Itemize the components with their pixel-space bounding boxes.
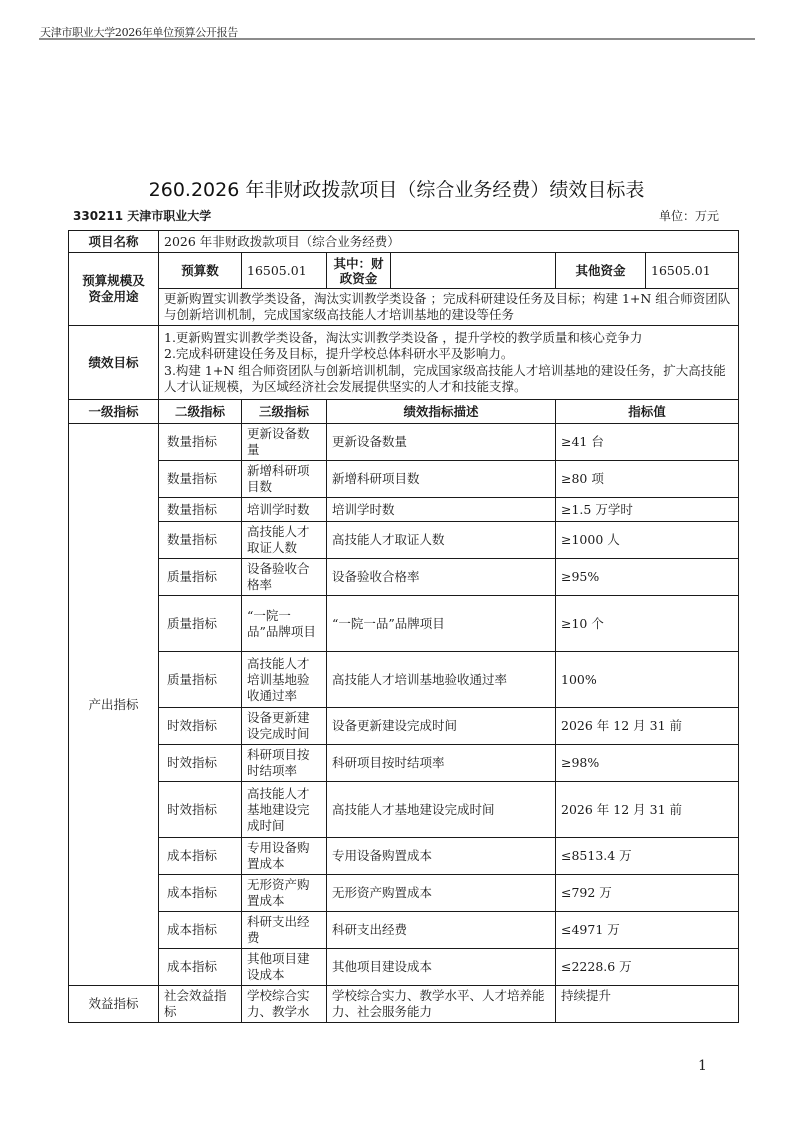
organization-code-name: 330211 天津市职业大学 [73, 207, 211, 224]
level2-cell: 成本指标 [159, 912, 242, 949]
value-cell: ≤8513.4 万 [556, 838, 739, 875]
level2-cell: 成本指标 [159, 875, 242, 912]
description-cell: 科研支出经费 [327, 912, 556, 949]
description-cell: 高技能人才培训基地验收通过率 [327, 652, 556, 708]
other-funds-label: 其他资金 [556, 253, 646, 289]
table-row: 时效指标 设备更新建设完成时间 设备更新建设完成时间 2026 年 12 月 3… [69, 708, 739, 745]
performance-goals-label: 绩效目标 [69, 326, 159, 400]
table-row: 质量指标 设备验收合格率 设备验收合格率 ≥95% [69, 559, 739, 596]
budget-scale-label: 预算规模及资金用途 [69, 253, 159, 326]
description-cell: 培训学时数 [327, 498, 556, 522]
description-cell: 无形资产购置成本 [327, 875, 556, 912]
value-cell: ≥80 项 [556, 461, 739, 498]
table-row: 时效指标 高技能人才基地建设完成时间 高技能人才基地建设完成时间 2026 年 … [69, 782, 739, 838]
col-header-description: 绩效指标描述 [327, 400, 556, 424]
value-cell: 2026 年 12 月 31 前 [556, 708, 739, 745]
table-row: 效益指标 社会效益指标 学校综合实力、教学水 学校综合实力、教学水平、人才培养能… [69, 986, 739, 1023]
level3-cell: 新增科研项目数 [242, 461, 327, 498]
fund-usage-row: 更新购置实训教学类设备，淘汰实训教学类设备 ；完成科研建设任务及目标；构建 1+… [69, 289, 739, 326]
header-rule [39, 38, 755, 40]
value-cell: ≥95% [556, 559, 739, 596]
table-row: 成本指标 无形资产购置成本 无形资产购置成本 ≤792 万 [69, 875, 739, 912]
level2-cell: 质量指标 [159, 652, 242, 708]
level2-cell: 成本指标 [159, 838, 242, 875]
table-row: 时效指标 科研项目按时结项率 科研项目按时结项率 ≥98% [69, 745, 739, 782]
goal-line: 2.完成科研建设任务及目标，提升学校总体科研水平及影响力。 [164, 346, 733, 363]
project-name-value: 2026 年非财政拨款项目（综合业务经费） [159, 231, 739, 253]
fiscal-funds-value [391, 253, 556, 289]
level2-cell: 时效指标 [159, 782, 242, 838]
table-row: 成本指标 其他项目建设成本 其他项目建设成本 ≤2228.6 万 [69, 949, 739, 986]
value-cell: 100% [556, 652, 739, 708]
value-cell: 持续提升 [556, 986, 739, 1023]
output-indicator-group: 产出指标 [69, 424, 159, 986]
budget-scale-label-text: 预算规模及资金用途 [74, 273, 153, 305]
value-cell: 2026 年 12 月 31 前 [556, 782, 739, 838]
level3-cell: 学校综合实力、教学水 [242, 986, 327, 1023]
value-cell: ≥41 台 [556, 424, 739, 461]
page-number: 1 [698, 1058, 707, 1074]
level3-cell: 高技能人才培训基地验收通过率 [242, 652, 327, 708]
table-row: 质量指标 “一院一品”品牌项目 “一院一品”品牌项目 ≥10 个 [69, 596, 739, 652]
goal-line: 3.构建 1+N 组合师资团队与创新培训机制，完成国家级高技能人才培训基地的建设… [164, 363, 733, 396]
level3-cell: 培训学时数 [242, 498, 327, 522]
fiscal-funds-label: 其中：财政资金 [327, 253, 391, 289]
table-row: 质量指标 高技能人才培训基地验收通过率 高技能人才培训基地验收通过率 100% [69, 652, 739, 708]
table-row: 数量指标 高技能人才取证人数 高技能人才取证人数 ≥1000 人 [69, 522, 739, 559]
budget-amount-label: 预算数 [159, 253, 242, 289]
level2-cell: 数量指标 [159, 424, 242, 461]
value-cell: ≥1000 人 [556, 522, 739, 559]
col-header-level1: 一级指标 [69, 400, 159, 424]
page-title: 260.2026 年非财政拨款项目（综合业务经费）绩效目标表 [0, 175, 793, 202]
currency-unit: 单位：万元 [659, 207, 719, 224]
col-header-value: 指标值 [556, 400, 739, 424]
description-cell: 专用设备购置成本 [327, 838, 556, 875]
fiscal-funds-label-text: 其中：财政资金 [332, 256, 385, 286]
unit-row: 330211 天津市职业大学 单位：万元 [73, 207, 719, 225]
level2-cell: 数量指标 [159, 498, 242, 522]
goal-line: 1.更新购置实训教学类设备，淘汰实训教学类设备 ，提升学校的教学质量和核心竞争力 [164, 330, 733, 347]
level2-cell: 时效指标 [159, 745, 242, 782]
level2-cell: 数量指标 [159, 461, 242, 498]
description-cell: 新增科研项目数 [327, 461, 556, 498]
level3-cell: 无形资产购置成本 [242, 875, 327, 912]
description-cell: 更新设备数量 [327, 424, 556, 461]
table-row: 数量指标 新增科研项目数 新增科研项目数 ≥80 项 [69, 461, 739, 498]
description-cell: 高技能人才取证人数 [327, 522, 556, 559]
description-cell: 设备验收合格率 [327, 559, 556, 596]
value-cell: ≤792 万 [556, 875, 739, 912]
budget-row: 预算规模及资金用途 预算数 16505.01 其中：财政资金 其他资金 1650… [69, 253, 739, 289]
fund-usage-text: 更新购置实训教学类设备，淘汰实训教学类设备 ；完成科研建设任务及目标；构建 1+… [159, 289, 739, 326]
level2-cell: 时效指标 [159, 708, 242, 745]
level2-cell: 成本指标 [159, 949, 242, 986]
level3-cell: 专用设备购置成本 [242, 838, 327, 875]
level3-cell: 设备更新建设完成时间 [242, 708, 327, 745]
level3-cell: 更新设备数量 [242, 424, 327, 461]
description-cell: 其他项目建设成本 [327, 949, 556, 986]
value-cell: ≥98% [556, 745, 739, 782]
table-row: 成本指标 科研支出经费 科研支出经费 ≤4971 万 [69, 912, 739, 949]
other-funds-value: 16505.01 [646, 253, 739, 289]
col-header-level3: 三级指标 [242, 400, 327, 424]
level2-cell: 数量指标 [159, 522, 242, 559]
description-cell: 科研项目按时结项率 [327, 745, 556, 782]
budget-amount-value: 16505.01 [242, 253, 327, 289]
level3-cell: 设备验收合格率 [242, 559, 327, 596]
value-cell: ≥10 个 [556, 596, 739, 652]
value-cell: ≤2228.6 万 [556, 949, 739, 986]
table-row: 成本指标 专用设备购置成本 专用设备购置成本 ≤8513.4 万 [69, 838, 739, 875]
level3-cell: 科研支出经费 [242, 912, 327, 949]
description-cell: 设备更新建设完成时间 [327, 708, 556, 745]
table-row: 数量指标 培训学时数 培训学时数 ≥1.5 万学时 [69, 498, 739, 522]
benefit-indicator-group: 效益指标 [69, 986, 159, 1023]
table-row: 产出指标 数量指标 更新设备数量 更新设备数量 ≥41 台 [69, 424, 739, 461]
col-header-level2: 二级指标 [159, 400, 242, 424]
level2-cell: 社会效益指标 [159, 986, 242, 1023]
project-name-label: 项目名称 [69, 231, 159, 253]
level3-cell: “一院一品”品牌项目 [242, 596, 327, 652]
performance-goals-row: 绩效目标 1.更新购置实训教学类设备，淘汰实训教学类设备 ，提升学校的教学质量和… [69, 326, 739, 400]
level2-cell: 质量指标 [159, 559, 242, 596]
indicator-header-row: 一级指标 二级指标 三级指标 绩效指标描述 指标值 [69, 400, 739, 424]
performance-goals-text: 1.更新购置实训教学类设备，淘汰实训教学类设备 ，提升学校的教学质量和核心竞争力… [159, 326, 739, 400]
level3-cell: 高技能人才基地建设完成时间 [242, 782, 327, 838]
value-cell: ≤4971 万 [556, 912, 739, 949]
description-cell: 高技能人才基地建设完成时间 [327, 782, 556, 838]
level3-cell: 高技能人才取证人数 [242, 522, 327, 559]
project-name-row: 项目名称 2026 年非财政拨款项目（综合业务经费） [69, 231, 739, 253]
description-cell: 学校综合实力、教学水平、人才培养能力、社会服务能力 [327, 986, 556, 1023]
level3-cell: 其他项目建设成本 [242, 949, 327, 986]
performance-target-table: 项目名称 2026 年非财政拨款项目（综合业务经费） 预算规模及资金用途 预算数… [68, 230, 739, 1023]
level2-cell: 质量指标 [159, 596, 242, 652]
value-cell: ≥1.5 万学时 [556, 498, 739, 522]
level3-cell: 科研项目按时结项率 [242, 745, 327, 782]
description-cell: “一院一品”品牌项目 [327, 596, 556, 652]
